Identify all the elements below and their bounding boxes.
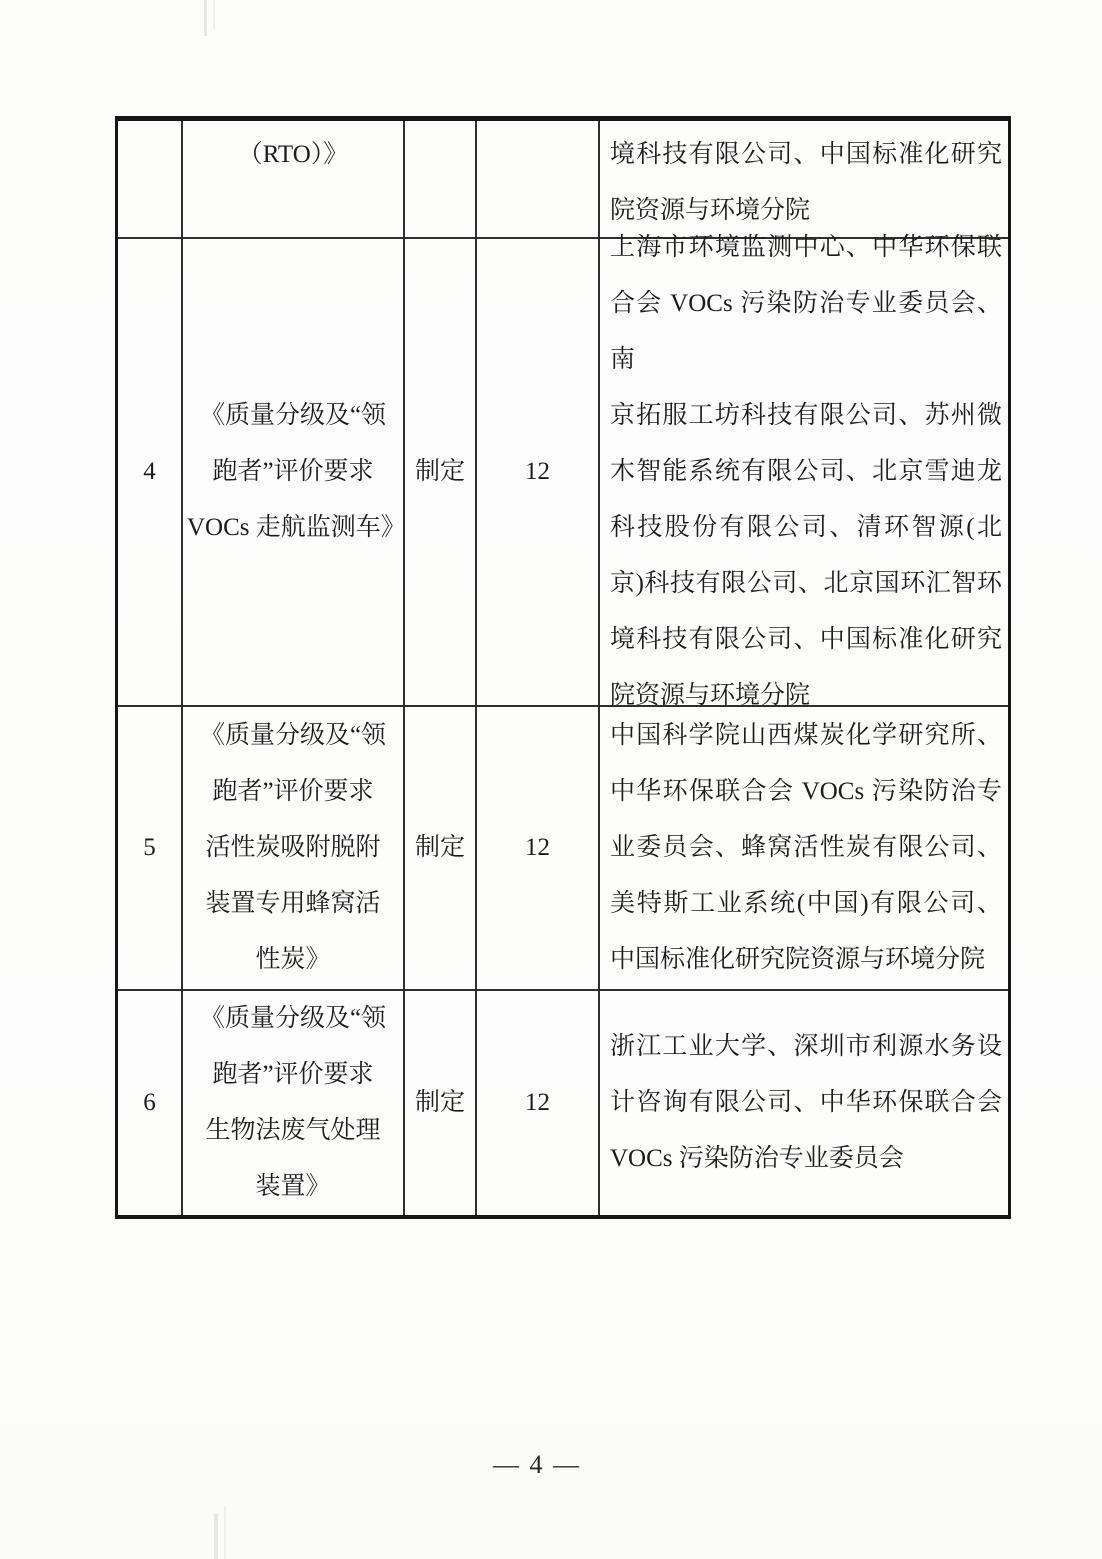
action-type-cell: 制定 bbox=[405, 991, 477, 1215]
duration-cell: 12 bbox=[477, 707, 600, 991]
organization-line: 中华环保联合会 VOCs 污染防治专 bbox=[610, 764, 1002, 820]
organization-line: 中国标准化研究院资源与环境分院 bbox=[610, 932, 1002, 988]
standard-name-line: 跑者”评价要求 bbox=[187, 444, 399, 500]
standard-name-line: 《质量分级及“领 bbox=[187, 991, 399, 1047]
duration-cell: 12 bbox=[477, 991, 600, 1215]
standard-name-cell: （RTO）》 bbox=[183, 121, 405, 239]
standard-name-line: 《质量分级及“领 bbox=[187, 388, 399, 444]
standard-name-line: 装置》 bbox=[187, 1159, 399, 1215]
standard-name-line: 活性炭吸附脱附 bbox=[187, 820, 399, 876]
organization-line: 美特斯工业系统(中国)有限公司、 bbox=[610, 876, 1002, 932]
scan-streak-artifact bbox=[204, 0, 207, 36]
action-type-cell: 制定 bbox=[405, 707, 477, 991]
standard-name-cell: 《质量分级及“领 跑者”评价要求 VOCs 走航监测车》 bbox=[183, 239, 405, 707]
action-type-cell: 制定 bbox=[405, 239, 477, 707]
standard-name-line: 生物法废气处理 bbox=[187, 1103, 399, 1159]
standard-name-line: 装置专用蜂窝活 bbox=[187, 876, 399, 932]
duration-cell bbox=[477, 121, 600, 239]
action-type-cell bbox=[405, 121, 477, 239]
organization-line: 木智能系统有限公司、北京雪迪龙 bbox=[610, 444, 1002, 500]
organization-line: VOCs 污染防治专业委员会 bbox=[610, 1131, 1002, 1187]
organization-line: 京)科技有限公司、北京国环汇智环 bbox=[610, 556, 1002, 612]
organization-line: 境科技有限公司、中国标准化研究 bbox=[610, 127, 1002, 183]
standard-name-line: VOCs 走航监测车》 bbox=[187, 500, 399, 556]
scan-streak-artifact bbox=[213, 0, 215, 30]
organizations-cell: 中国科学院山西煤炭化学研究所、 中华环保联合会 VOCs 污染防治专 业委员会、… bbox=[600, 707, 1008, 991]
organization-line: 业委员会、蜂窝活性炭有限公司、 bbox=[610, 820, 1002, 876]
organization-line: 科技股份有限公司、清环智源(北 bbox=[610, 500, 1002, 556]
organization-line: 京拓服工坊科技有限公司、苏州微 bbox=[610, 388, 1002, 444]
standard-name-cell: 《质量分级及“领 跑者”评价要求 生物法废气处理 装置》 bbox=[183, 991, 405, 1215]
standards-plan-table: （RTO）》 境科技有限公司、中国标准化研究 院资源与环境分院 4 《质量分级及… bbox=[115, 116, 1011, 1219]
standard-name-line: （RTO）》 bbox=[187, 127, 399, 183]
row-number-cell bbox=[118, 121, 183, 239]
scan-streak-artifact bbox=[224, 1506, 226, 1559]
scan-streak-artifact bbox=[214, 1514, 218, 1559]
organizations-cell: 上海市环境监测中心、中华环保联 合会 VOCs 污染防治专业委员会、南 京拓服工… bbox=[600, 239, 1008, 707]
row-number-cell: 6 bbox=[118, 991, 183, 1215]
duration-cell: 12 bbox=[477, 239, 600, 707]
page-number: — 4 — bbox=[0, 1450, 1074, 1480]
organizations-cell: 浙江工业大学、深圳市利源水务设 计咨询有限公司、中华环保联合会 VOCs 污染防… bbox=[600, 991, 1008, 1215]
row-number-cell: 5 bbox=[118, 707, 183, 991]
standard-name-line: 《质量分级及“领 bbox=[187, 708, 399, 764]
organization-line: 浙江工业大学、深圳市利源水务设 bbox=[610, 1019, 1002, 1075]
organization-line: 计咨询有限公司、中华环保联合会 bbox=[610, 1075, 1002, 1131]
organization-line: 境科技有限公司、中国标准化研究 bbox=[610, 612, 1002, 668]
row-number-cell: 4 bbox=[118, 239, 183, 707]
standard-name-cell: 《质量分级及“领 跑者”评价要求 活性炭吸附脱附 装置专用蜂窝活 性炭》 bbox=[183, 707, 405, 991]
organization-line: 上海市环境监测中心、中华环保联 bbox=[610, 220, 1002, 276]
scanned-document-page: （RTO）》 境科技有限公司、中国标准化研究 院资源与环境分院 4 《质量分级及… bbox=[0, 0, 1102, 1559]
standard-name-line: 跑者”评价要求 bbox=[187, 764, 399, 820]
standard-name-line: 跑者”评价要求 bbox=[187, 1047, 399, 1103]
organization-line: 中国科学院山西煤炭化学研究所、 bbox=[610, 708, 1002, 764]
standard-name-line: 性炭》 bbox=[187, 932, 399, 988]
organization-line: 合会 VOCs 污染防治专业委员会、南 bbox=[610, 276, 1002, 388]
